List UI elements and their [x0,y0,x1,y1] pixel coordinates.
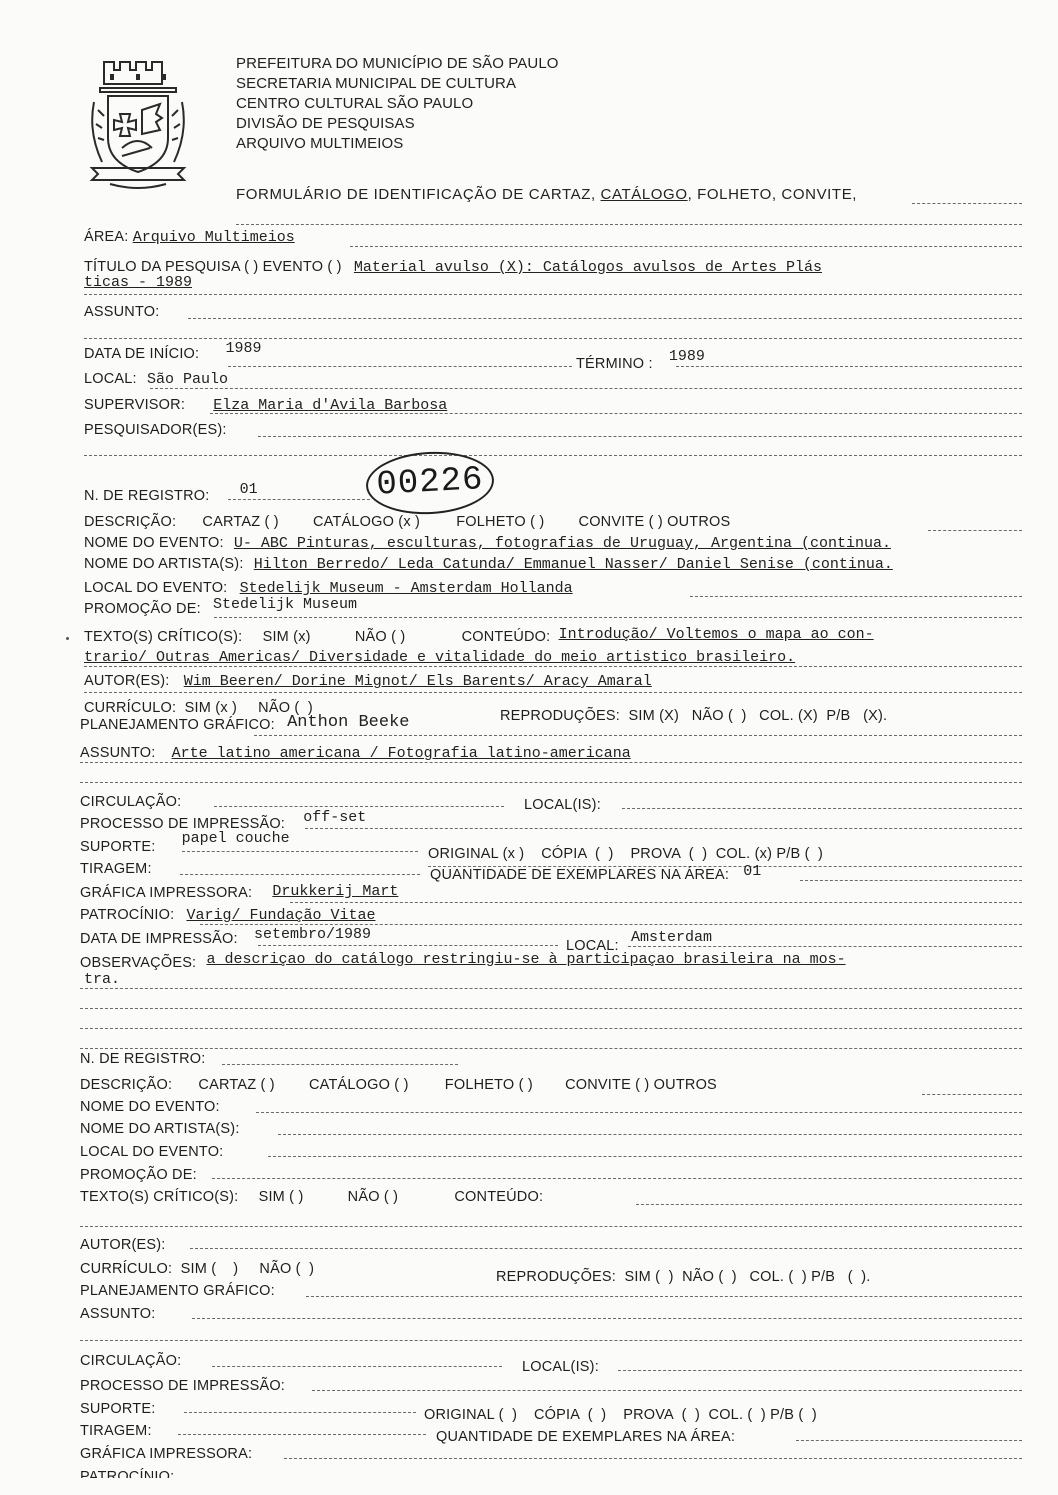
tiragem-line [180,874,420,875]
curriculo-2-checkboxes[interactable]: CURRÍCULO: SIM ( ) NÃO ( ) [80,1261,314,1277]
descricao-2-field[interactable]: DESCRIÇÃO: CARTAZ ( ) CATÁLOGO ( ) FOLHE… [80,1076,717,1093]
observacoes-label: OBSERVAÇÕES: [80,955,196,971]
suporte-label: SUPORTE: [80,839,155,855]
descricao-catalogo-checkbox[interactable]: CATÁLOGO (x ) [313,514,420,530]
conteudo-2-label: CONTEÚDO: [454,1189,543,1205]
local-impressao-value: Amsterdam [631,929,712,946]
outros-line [928,530,1022,531]
tiragem-2-field[interactable]: TIRAGEM: [80,1422,152,1439]
planejamento-2-line [306,1296,1022,1297]
evento-2-line [256,1112,1022,1113]
local-impressao-line [628,946,1022,947]
artista-2-label: NOME DO ARTISTA(S): [80,1121,240,1137]
titulo-value-line2: ticas - 1989 [84,274,192,291]
circulacao-2-line [212,1366,502,1367]
observacoes-line-3 [80,1028,1022,1029]
pesquisador-line-2 [84,455,1022,456]
grafica-2-field[interactable]: GRÁFICA IMPRESSORA: [80,1445,252,1462]
registro-2-field[interactable]: N. DE REGISTRO: [80,1050,205,1067]
registro-value: 01 [240,481,258,498]
planejamento-value: Anthon Beeke [287,713,409,732]
patrocinio-label: PATROCÍNIO: [80,907,174,923]
form-title-highlight: CATÁLOGO [601,186,688,203]
promocao-value: Stedelijk Museum [213,596,357,613]
patrocinio-2-field[interactable]: PATROCÍNIO: [80,1468,174,1478]
descricao-folheto-checkbox[interactable]: FOLHETO ( ) [456,514,544,530]
promocao-label: PROMOÇÃO DE: [84,601,201,617]
evento-2-label: NOME DO EVENTO: [80,1099,220,1115]
circulacao-2-label: CIRCULAÇÃO: [80,1353,181,1369]
processo-2-label: PROCESSO DE IMPRESSÃO: [80,1378,285,1394]
observacoes-continued: tra. [84,970,120,988]
data-impressao-line [258,945,558,946]
reproducoes-2-checkboxes[interactable]: REPRODUÇÕES: SIM ( ) NÃO ( ) COL. ( ) P/… [496,1269,871,1285]
descricao-cartaz-checkbox[interactable]: CARTAZ ( ) [202,514,278,530]
curriculo-field[interactable]: CURRÍCULO: SIM (x ) NÃO ( ) [84,699,313,716]
evento-value: U- ABC Pinturas, esculturas, fotografias… [234,535,891,552]
assunto-record-field[interactable]: ASSUNTO: Arte latino americana / Fotogra… [80,744,631,762]
local-evento-line [690,596,1022,597]
suporte-2-checkboxes[interactable]: ORIGINAL ( ) CÓPIA ( ) PROVA ( ) COL. ( … [424,1407,817,1423]
quantidade-2-label: QUANTIDADE DE EXEMPLARES NA ÁREA: [436,1429,735,1445]
suporte-2-options[interactable]: ORIGINAL ( ) CÓPIA ( ) PROVA ( ) COL. ( … [424,1406,817,1423]
assunto-line-2 [84,338,1022,339]
circulacao-label: CIRCULAÇÃO: [80,794,181,810]
observacoes-line-1 [80,988,1022,989]
autores-2-field[interactable]: AUTOR(ES): [80,1236,166,1253]
outros-2-line [922,1094,1022,1095]
tiragem-2-label: TIRAGEM: [80,1423,152,1439]
evento-label: NOME DO EVENTO: [84,535,224,551]
local-line [150,388,1022,389]
planejamento-2-label: PLANEJAMENTO GRÁFICO: [80,1283,275,1299]
registro-2-line [222,1064,458,1065]
suporte-checkboxes[interactable]: ORIGINAL (x ) CÓPIA ( ) PROVA ( ) COL. (… [428,846,823,862]
pesquisador-field[interactable]: PESQUISADOR(ES): [84,421,227,438]
grafica-2-label: GRÁFICA IMPRESSORA: [80,1446,252,1462]
org-line: ARQUIVO MULTIMEIOS [236,134,559,154]
grafica-2-line [284,1458,1022,1459]
artista-value: Hilton Berredo/ Leda Catunda/ Emmanuel N… [254,556,893,573]
pesquisador-label: PESQUISADOR(ES): [84,422,227,438]
form-title: FORMULÁRIO DE IDENTIFICAÇÃO DE CARTAZ, C… [236,186,857,203]
assunto-2-line-2 [80,1340,1022,1341]
data-inicio-line [228,366,572,367]
suporte-line [182,851,418,852]
form-title-fill-line [912,203,1022,204]
grafica-value: Drukkerij Mart [272,883,398,900]
suporte-2-label: SUPORTE: [80,1401,155,1417]
assunto-record-line-2 [80,782,1022,783]
artista-2-field[interactable]: NOME DO ARTISTA(S): [80,1120,240,1137]
margin-mark [66,637,69,640]
curriculo-2-field[interactable]: CURRÍCULO: SIM ( ) NÃO ( ) [80,1260,314,1277]
assunto-2-label: ASSUNTO: [80,1306,155,1322]
grafica-line [290,902,1022,903]
local-evento-field[interactable]: LOCAL DO EVENTO: Stedelijk Museum - Amst… [84,579,573,597]
quantidade-line [800,880,1022,881]
organization-header: PREFEITURA DO MUNICÍPIO DE SÃO PAULO SEC… [236,54,559,154]
grafica-label: GRÁFICA IMPRESSORA: [80,885,252,901]
autores-2-label: AUTOR(ES): [80,1237,166,1253]
assunto-field[interactable]: ASSUNTO: [84,303,159,320]
autores-field[interactable]: AUTOR(ES): Wim Beeren/ Dorine Mignot/ El… [84,672,652,690]
grafica-field[interactable]: GRÁFICA IMPRESSORA: Drukkerij Mart [80,884,398,902]
org-line: SECRETARIA MUNICIPAL DE CULTURA [236,74,559,94]
observacoes-line-4 [80,1048,1022,1049]
conteudo-continued: trario/ Outras Americas/ Diversidade e v… [84,648,795,666]
assunto-line [188,318,1022,319]
processo-2-line [312,1390,1022,1391]
patrocinio-line [200,924,1022,925]
local-field[interactable]: LOCAL: São Paulo [84,370,228,388]
evento-2-field[interactable]: NOME DO EVENTO: [80,1098,220,1115]
org-line: DIVISÃO DE PESQUISAS [236,114,559,134]
local-label: LOCAL: [84,371,137,387]
assunto-2-line [192,1318,1022,1319]
descricao-2-label: DESCRIÇÃO: [80,1077,172,1093]
org-line: CENTRO CULTURAL SÃO PAULO [236,94,559,114]
promocao-2-line [212,1178,1022,1179]
locais-field[interactable]: LOCAL(IS): [524,796,601,813]
tiragem-field[interactable]: TIRAGEM: [80,860,152,877]
conteudo-value-line1: Introdução/ Voltemos o mapa ao con- [559,626,874,643]
termino-value: 1989 [669,348,705,365]
artista-label: NOME DO ARTISTA(S): [84,556,244,572]
locais-2-line [618,1370,1022,1371]
circulacao-line [214,806,504,807]
locais-2-label: LOCAL(IS): [522,1359,599,1375]
assunto-record-value: Arte latino americana / Fotografia latin… [172,745,631,762]
textos-2-sim-checkbox[interactable]: SIM ( ) [259,1189,304,1205]
assunto-record-label: ASSUNTO: [80,745,155,761]
artista-field[interactable]: NOME DO ARTISTA(S): Hilton Berredo/ Leda… [84,555,893,573]
planejamento-label: PLANEJAMENTO GRÁFICO: [80,717,275,733]
form-title-suffix: , FOLHETO, CONVITE, [688,186,857,203]
form-title-line-2 [236,224,1022,225]
autores-value: Wim Beeren/ Dorine Mignot/ Els Barents/ … [184,673,652,690]
conteudo-2-line-2 [80,1226,1022,1227]
quantidade-2-field[interactable]: QUANTIDADE DE EXEMPLARES NA ÁREA: [436,1428,735,1445]
descricao-2-catalogo-checkbox[interactable]: CATÁLOGO ( ) [309,1077,409,1093]
processo-2-field[interactable]: PROCESSO DE IMPRESSÃO: [80,1377,285,1394]
form-page: PREFEITURA DO MUNICÍPIO DE SÃO PAULO SEC… [0,0,1058,1495]
suporte-field[interactable]: SUPORTE: papel couche [80,838,290,856]
tiragem-2-line [178,1434,426,1435]
registry-stamp: 00226 [364,449,495,518]
observacoes-field[interactable]: OBSERVAÇÕES: a descriçao do catálogo res… [80,954,846,972]
assunto-label: ASSUNTO: [84,304,159,320]
area-field[interactable]: ÁREA: Arquivo Multimeios [84,228,295,246]
suporte-2-field[interactable]: SUPORTE: [80,1400,155,1417]
local-value: São Paulo [147,371,228,388]
area-line [350,246,1022,247]
suporte-options[interactable]: ORIGINAL (x ) CÓPIA ( ) PROVA ( ) COL. (… [428,845,823,862]
promocao-line [214,617,1022,618]
planejamento-line [254,735,1022,736]
reproducoes-2-field[interactable]: REPRODUÇÕES: SIM ( ) NÃO ( ) COL. ( ) P/… [496,1268,871,1285]
area-label: ÁREA: [84,229,129,245]
descricao-2-cartaz-checkbox[interactable]: CARTAZ ( ) [198,1077,274,1093]
quantidade-label: QUANTIDADE DE EXEMPLARES NA ÁREA: [430,867,729,883]
promocao-field[interactable]: PROMOÇÃO DE: Stedelijk Museum [84,600,357,618]
observacoes-line-2 [80,1008,1022,1009]
descricao-label: DESCRIÇÃO: [84,514,176,530]
registro-line [228,499,370,500]
conteudo-label: CONTEÚDO: [462,629,551,645]
patrocinio-2-label: PATROCÍNIO: [80,1469,174,1478]
artista-2-line [278,1134,1022,1135]
reproducoes-checkboxes[interactable]: REPRODUÇÕES: SIM (X) NÃO ( ) COL. (X) P/… [500,708,887,724]
quantidade-2-line [796,1440,1022,1441]
termino-field[interactable]: TÉRMINO : 1989 [576,355,705,373]
observacoes-value-line2: tra. [84,971,120,988]
textos-sim-checkbox[interactable]: SIM (x) [263,629,311,645]
evento-field[interactable]: NOME DO EVENTO: U- ABC Pinturas, escultu… [84,534,891,552]
autores-2-line [190,1248,1022,1249]
descricao-field[interactable]: DESCRIÇÃO: CARTAZ ( ) CATÁLOGO (x ) FOLH… [84,513,730,530]
supervisor-label: SUPERVISOR: [84,397,185,413]
registro-label: N. DE REGISTRO: [84,488,209,504]
descricao-2-convite-checkbox[interactable]: CONVITE ( ) OUTROS [565,1077,717,1093]
local-evento-value: Stedelijk Museum - Amsterdam Hollanda [240,580,573,597]
local-evento-2-label: LOCAL DO EVENTO: [80,1144,223,1160]
circulacao-field[interactable]: CIRCULAÇÃO: [80,793,181,810]
processo-line [305,828,1022,829]
suporte-2-line [184,1412,416,1413]
textos-criticos-2-field[interactable]: TEXTO(S) CRÍTICO(S): SIM ( ) NÃO ( ) CON… [80,1188,543,1205]
registro-field[interactable]: N. DE REGISTRO: 01 [84,487,258,505]
suporte-value: papel couche [182,830,290,847]
locais-2-field[interactable]: LOCAL(IS): [522,1358,599,1375]
patrocinio-value: Varig/ Fundação Vitae [186,907,375,924]
textos-criticos-2-label: TEXTO(S) CRÍTICO(S): [80,1189,238,1205]
promocao-2-field[interactable]: PROMOÇÃO DE: [80,1166,197,1183]
autores-label: AUTOR(ES): [84,673,170,689]
local-evento-2-line [268,1156,1022,1157]
patrocinio-field[interactable]: PATROCÍNIO: Varig/ Fundação Vitae [80,906,376,924]
textos-2-nao-checkbox[interactable]: NÃO ( ) [348,1189,399,1205]
descricao-2-folheto-checkbox[interactable]: FOLHETO ( ) [445,1077,533,1093]
reproducoes-field[interactable]: REPRODUÇÕES: SIM (X) NÃO ( ) COL. (X) P/… [500,707,887,724]
titulo-value-line1: Material avulso (X): Catálogos avulsos d… [354,259,822,276]
titulo-field-line2: ticas - 1989 [84,273,192,291]
pesquisador-line [258,436,1022,437]
org-line: PREFEITURA DO MUNICÍPIO DE SÃO PAULO [236,54,559,74]
curriculo-checkboxes[interactable]: CURRÍCULO: SIM (x ) NÃO ( ) [84,700,313,716]
textos-nao-checkbox[interactable]: NÃO ( ) [355,629,406,645]
locais-label: LOCAL(IS): [524,797,601,813]
registro-2-label: N. DE REGISTRO: [80,1051,205,1067]
coat-of-arms-icon [86,52,190,190]
conteudo-2-line [636,1204,1022,1205]
area-value: Arquivo Multimeios [133,229,295,246]
supervisor-field[interactable]: SUPERVISOR: Elza Maria d'Avila Barbosa [84,396,447,414]
titulo-field[interactable]: TÍTULO DA PESQUISA ( ) EVENTO ( ) Materi… [84,258,822,276]
assunto-2-field[interactable]: ASSUNTO: [80,1305,155,1322]
local-evento-2-field[interactable]: LOCAL DO EVENTO: [80,1143,223,1160]
quantidade-value: 01 [743,863,761,880]
observacoes-value-line1: a descriçao do catálogo restringiu-se à … [206,951,845,968]
data-impressao-value: setembro/1989 [254,926,371,943]
data-inicio-label: DATA DE INÍCIO: [84,346,199,362]
promocao-2-label: PROMOÇÃO DE: [80,1167,197,1183]
local-evento-label: LOCAL DO EVENTO: [84,580,227,596]
termino-label: TÉRMINO : [576,356,653,372]
locais-line [622,808,1022,809]
data-inicio-value: 1989 [225,340,261,357]
quantidade-field[interactable]: QUANTIDADE DE EXEMPLARES NA ÁREA: 01 [430,866,761,884]
circulacao-2-field[interactable]: CIRCULAÇÃO: [80,1352,181,1369]
textos-criticos-label: TEXTO(S) CRÍTICO(S): [84,629,242,645]
planejamento-2-field[interactable]: PLANEJAMENTO GRÁFICO: [80,1282,275,1299]
assunto-record-line [80,762,1022,763]
processo-value: off-set [303,809,366,826]
titulo-line [84,294,1022,295]
textos-criticos-field[interactable]: TEXTO(S) CRÍTICO(S): SIM (x) NÃO ( ) CON… [84,628,874,646]
conteudo-line [84,666,1022,667]
data-inicio-field[interactable]: DATA DE INÍCIO: 1989 [84,345,261,363]
supervisor-line [210,413,1022,414]
autores-line [84,692,1022,693]
tiragem-label: TIRAGEM: [80,861,152,877]
supervisor-value: Elza Maria d'Avila Barbosa [213,397,447,414]
descricao-convite-checkbox[interactable]: CONVITE ( ) OUTROS [579,514,731,530]
data-impressao-label: DATA DE IMPRESSÃO: [80,931,238,947]
form-title-prefix: FORMULÁRIO DE IDENTIFICAÇÃO DE CARTAZ, [236,186,601,203]
conteudo-value-line2: trario/ Outras Americas/ Diversidade e v… [84,649,795,666]
planejamento-field[interactable]: PLANEJAMENTO GRÁFICO: Anthon Beeke [80,716,409,735]
termino-line [676,366,1022,367]
